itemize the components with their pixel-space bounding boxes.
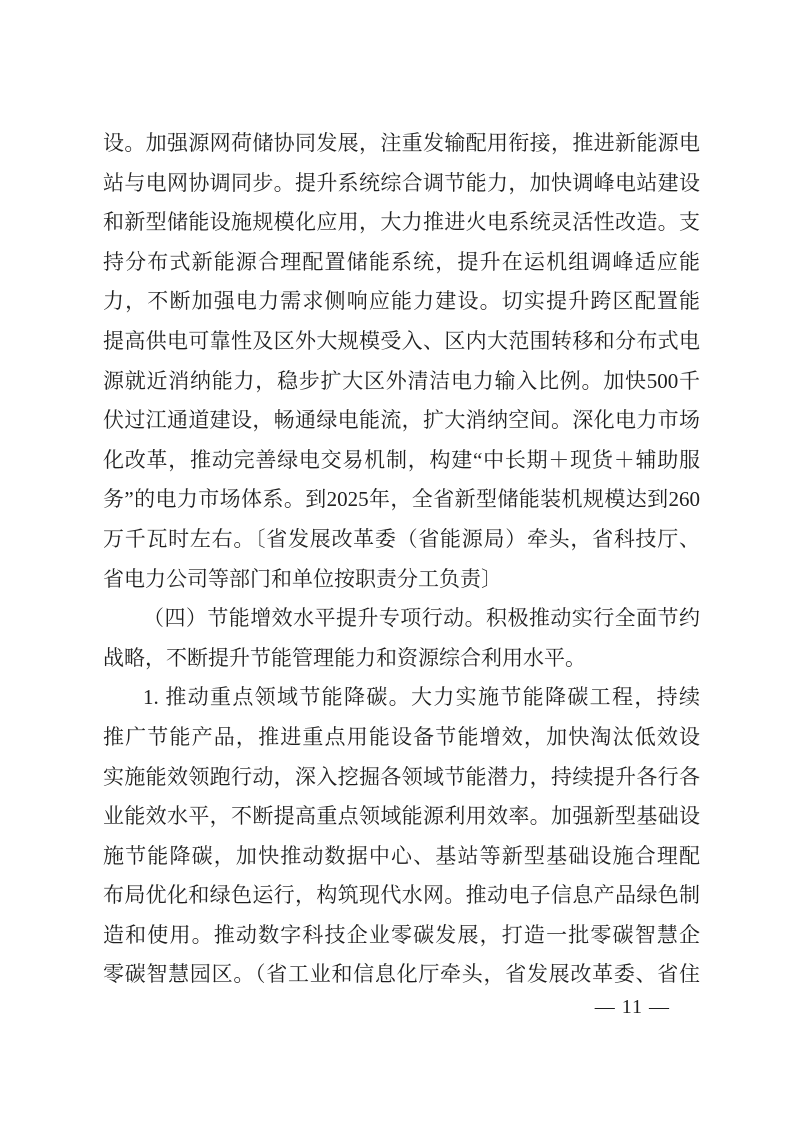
text-line: 零碳智慧园区。（省工业和信息化厅牵头，省发展改革委、省住 [103,955,700,995]
document-page: 设。加强源网荷储协同发展，注重发输配用衔接，推进新能源电 站与电网协调同步。提升… [0,0,794,1123]
text-line: 推广节能产品，推进重点用能设备节能增效，加快淘汰低效设备。 [103,718,700,758]
text-line: 源就近消纳能力，稳步扩大区外清洁电力输入比例。加快500千 [103,362,700,402]
text-line: 实施能效领跑行动，深入挖掘各领域节能潜力，持续提升各行各 [103,758,700,798]
text-line: 持分布式新能源合理配置储能系统，提升在运机组调峰适应能 [103,243,700,283]
text-line: 务”的电力市场体系。到2025年，全省新型储能装机规模达到260 [103,480,700,520]
text-line: 布局优化和绿色运行，构筑现代水网。推动电子信息产品绿色制 [103,876,700,916]
text-line: 业能效水平，不断提高重点领域能源利用效率。加强新型基础设 [103,797,700,837]
text-line: 和新型储能设施规模化应用，大力推进火电系统灵活性改造。支 [103,203,700,243]
text-line: 战略，不断提升节能管理能力和资源综合利用水平。 [103,639,700,679]
text-line: 万千瓦时左右。〔省发展改革委（省能源局）牵头，省科技厅、 [103,520,700,560]
text-line: 提高供电可靠性及区外大规模受入、区内大范围转移和分布式电 [103,322,700,362]
text-line: 化改革，推动完善绿电交易机制，构建“中长期＋现货＋辅助服 [103,441,700,481]
document-body: 设。加强源网荷储协同发展，注重发输配用衔接，推进新能源电 站与电网协调同步。提升… [103,124,700,995]
text-line: 造和使用。推动数字科技企业零碳发展，打造一批零碳智慧企业、 [103,916,700,956]
text-line-section-heading: （四）节能增效水平提升专项行动。积极推动实行全面节约 [103,599,700,639]
text-line: 伏过江通道建设，畅通绿电能流，扩大消纳空间。深化电力市场 [103,401,700,441]
page-number: — 11 — [595,996,670,1019]
text-line: 施节能降碳，加快推动数据中心、基站等新型基础设施合理配置、 [103,837,700,877]
text-line: 设。加强源网荷储协同发展，注重发输配用衔接，推进新能源电 [103,124,700,164]
text-line: 力，不断加强电力需求侧响应能力建设。切实提升跨区配置能力， [103,282,700,322]
text-line: 省电力公司等部门和单位按职责分工负责〕 [103,560,700,600]
text-line: 站与电网协调同步。提升系统综合调节能力，加快调峰电站建设 [103,164,700,204]
text-line-numbered-item: 1. 推动重点领域节能降碳。大力实施节能降碳工程，持续 [103,678,700,718]
